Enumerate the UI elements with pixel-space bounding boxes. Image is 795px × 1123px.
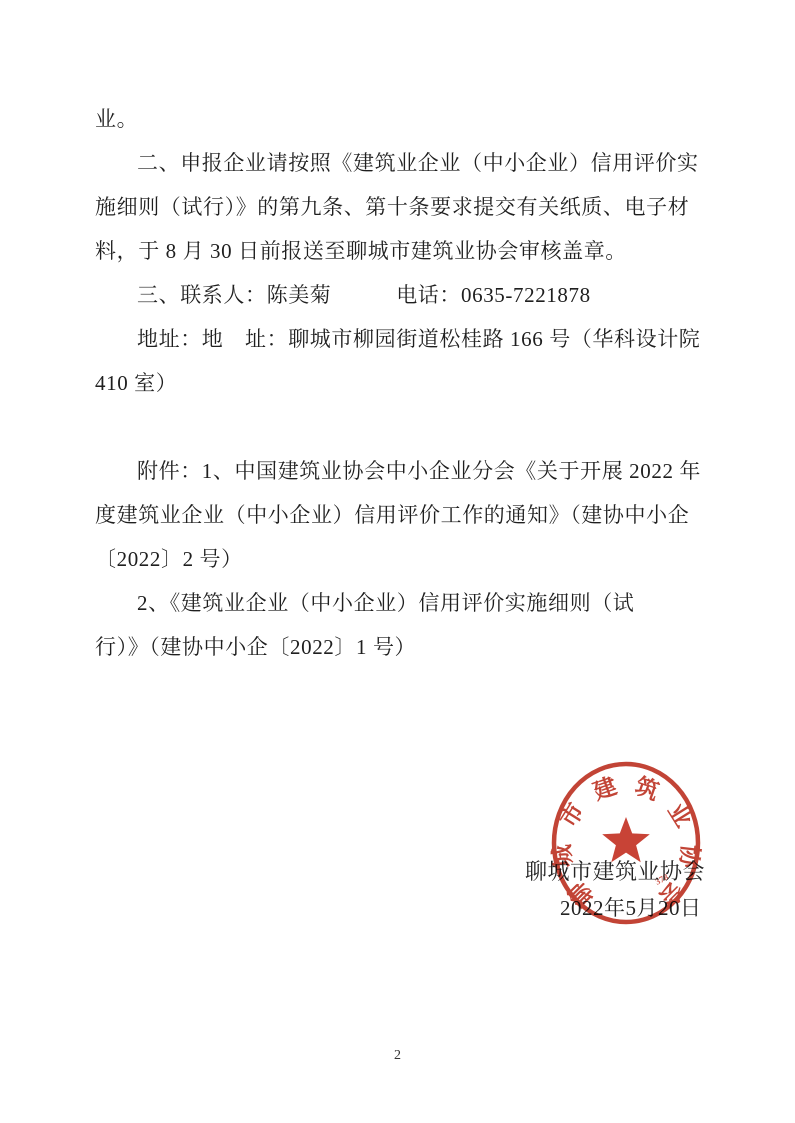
contact-line: 三、联系人：陈美菊 电话：0635-7221878 [95,273,713,317]
attachment-line: 〔2022〕2 号） [95,537,713,581]
body-line: 施细则（试行）》的第九条、第十条要求提交有关纸质、电子材 [95,185,713,229]
attachment-line: 附件：1、中国建筑业协会中小企业分会《关于开展 2022 年 [95,449,713,493]
attachment-line: 2、《建筑业企业（中小企业）信用评价实施细则（试 [95,581,713,625]
document-body: 业。 二、申报企业请按照《建筑业企业（中小企业）信用评价实 施细则（试行）》的第… [95,97,713,669]
body-line: 料，于 8 月 30 日前报送至聊城市建筑业协会审核盖章。 [95,229,713,273]
address-line: 410 室） [95,361,713,405]
signature-org: 聊城市建筑业协会 [525,855,705,886]
signature-date: 2022年5月20日 [560,892,702,922]
page-number: 2 [0,1048,795,1064]
address-line: 地址：地 址：聊城市柳园街道松桂路 166 号（华科设计院 [95,317,713,361]
body-line: 业。 [95,97,713,141]
document-page: { "body": { "lines": [ { "text": "业。" },… [0,0,795,1123]
seal-arc-text: 聊 城 市 建 筑 业 协 会 [549,772,703,911]
seal-char: 筑 [632,772,662,804]
attachment-line: 行）》（建协中小企〔2022〕1 号） [95,625,713,669]
seal-char: 市 [556,799,589,832]
attachment-line: 度建筑业企业（中小企业）信用评价工作的通知》（建协中小企 [95,493,713,537]
seal-char: 业 [663,799,696,832]
seal-char: 建 [590,773,620,804]
body-line: 二、申报企业请按照《建筑业企业（中小企业）信用评价实 [95,141,713,185]
